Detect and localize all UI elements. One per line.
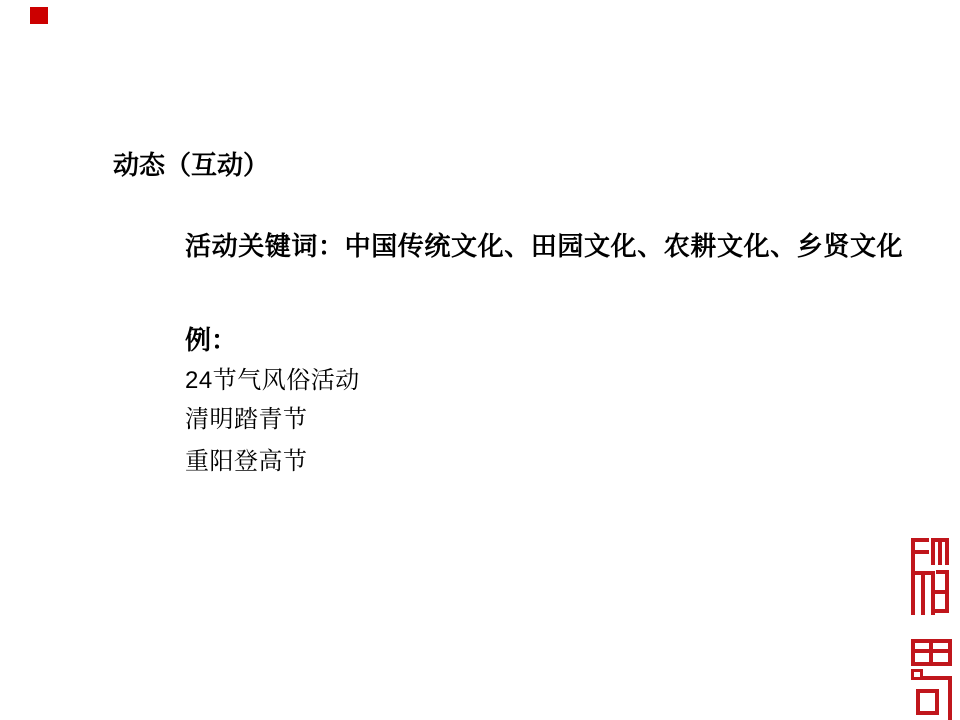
seal-character-bottom-icon [911,639,952,720]
slide-title: 动态（互动） [113,150,269,180]
keywords-line: 活动关键词：中国传统文化、田园文化、农耕文化、乡贤文化 [185,230,903,262]
red-accent-square-icon [30,7,48,24]
red-seal-stamp-logo [911,639,952,720]
example-item: 重阳登高节 [185,448,308,476]
slide-canvas: 动态（互动） 活动关键词：中国传统文化、田园文化、农耕文化、乡贤文化 例： 24… [0,0,960,720]
example-label: 例： [185,325,237,355]
seal-character-top-icon [911,538,952,615]
red-seal-stamp-logo [911,538,952,620]
example-item: 清明踏青节 [185,406,308,434]
example-item: 24节气风俗活动 [185,367,360,395]
